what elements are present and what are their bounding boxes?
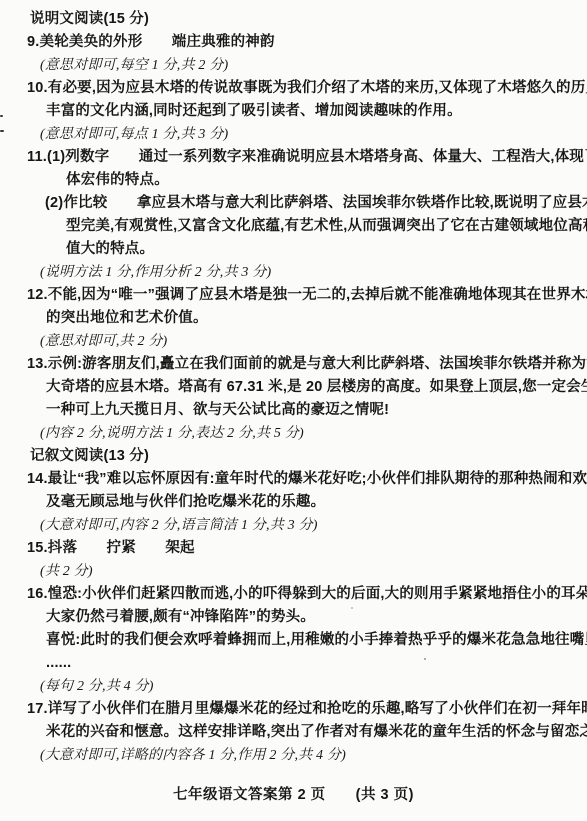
scan-artifact-speck (424, 658, 426, 660)
section-heading-narrative: 记叙文阅读(13 分) (0, 445, 587, 468)
answer-q16-line2: 大家仍然弓着腰,颇有“冲锋陷阵”的势头。 (0, 606, 587, 629)
answer-q16-line1: 16.惶恐:小伙伴们赶紧四散而逃,小的吓得躲到大的后面,大的则用手紧紧地捂住小的… (0, 583, 587, 606)
score-note-q9: (意思对即可,每空 1 分,共 2 分) (0, 54, 587, 77)
answer-q16-line3: 喜悦:此时的我们便会欢呼着蜂拥而上,用稚嫩的小手捧着热乎乎的爆米花急急地往嘴里送 (0, 629, 587, 652)
scan-artifact-speck (351, 607, 353, 609)
answer-q14-line2: 及毫无顾忌地与伙伴们抢吃爆米花的乐趣。 (0, 491, 587, 514)
answer-q13-line3: 一种可上九天揽日月、欲与天公试比高的豪迈之情呢! (0, 399, 587, 422)
score-note-q17: (大意对即可,详略的内容各 1 分,作用 2 分,共 4 分) (0, 744, 587, 767)
answer-q15: 15.抖落 拧紧 架起 (0, 537, 587, 560)
answer-q11-part2-line2: 型完美,有观赏性,又富含文化底蕴,有艺术性,从而强调突出了它在古建领域地位高和价 (0, 215, 587, 238)
answer-q13-line2: 大奇塔的应县木塔。塔高有 67.31 米,是 20 层楼房的高度。如果登上顶层,… (0, 376, 587, 399)
answer-q12-line1: 12.不能,因为“唯一”强调了应县木塔是独一无二的,去掉后就不能准确地体现其在世… (0, 284, 587, 307)
section-heading-expository: 说明文阅读(15 分) (0, 8, 587, 31)
score-note-q12: (意思对即可,共 2 分) (0, 330, 587, 353)
score-note-q15: (共 2 分) (0, 560, 587, 583)
score-note-q10: (意思对即可,每点 1 分,共 3 分) (0, 123, 587, 146)
answer-q11-part2-line1: (2)作比较 拿应县木塔与意大利比萨斜塔、法国埃菲尔铁塔作比较,既说明了应县木塔… (0, 192, 587, 215)
answer-q10-line1: 10.有必要,因为应县木塔的传说故事既为我们介绍了木塔的来历,又体现了木塔悠久的… (0, 77, 587, 100)
scan-artifact-speck (0, 130, 4, 132)
answer-body: 说明文阅读(15 分) 9.美轮美奂的外形 端庄典雅的神韵 (意思对即可,每空 … (0, 0, 587, 767)
answer-q11-part2-line3: 值大的特点。 (0, 238, 587, 261)
answer-q17-line2: 米花的兴奋和惬意。这样安排详略,突出了作者对有爆米花的童年生活的怀念与留恋之情。 (0, 721, 587, 744)
answer-q17-line1: 17.详写了小伙伴们在腊月里爆爆米花的经过和抢吃的乐趣,略写了小伙伴们在初一拜年… (0, 698, 587, 721)
answer-q12-line2: 的突出地位和艺术价值。 (0, 307, 587, 330)
answer-q9: 9.美轮美奂的外形 端庄典雅的神韵 (0, 31, 587, 54)
answer-q10-line2: 丰富的文化内涵,同时还起到了吸引读者、增加阅读趣味的作用。 (0, 100, 587, 123)
answer-q16-ellipsis: ...... (0, 652, 587, 675)
scanned-answer-page: 说明文阅读(15 分) 9.美轮美奂的外形 端庄典雅的神韵 (意思对即可,每空 … (0, 0, 587, 821)
answer-q11-part1-line2: 体宏伟的特点。 (0, 169, 587, 192)
answer-q13-line1: 13.示例:游客朋友们,矗立在我们面前的就是与意大利比萨斜塔、法国埃菲尔铁塔并称… (0, 353, 587, 376)
score-note-q13: (内容 2 分,说明方法 1 分,表达 2 分,共 5 分) (0, 422, 587, 445)
score-note-q16: (每句 2 分,共 4 分) (0, 675, 587, 698)
score-note-q14: (大意对即可,内容 2 分,语言简洁 1 分,共 3 分) (0, 514, 587, 537)
scan-artifact-speck (0, 115, 3, 117)
answer-q14-line1: 14.最让“我”难以忘怀原因有:童年时代的爆米花好吃;小伙伴们排队期待的那种热闹… (0, 468, 587, 491)
answer-q11-part1-line1: 11.(1)列数字 通过一系列数字来准确说明应县木塔塔身高、体量大、工程浩大,体… (0, 146, 587, 169)
page-footer: 七年级语文答案第 2 页 (共 3 页) (0, 783, 587, 804)
score-note-q11: (说明方法 1 分,作用分析 2 分,共 3 分) (0, 261, 587, 284)
